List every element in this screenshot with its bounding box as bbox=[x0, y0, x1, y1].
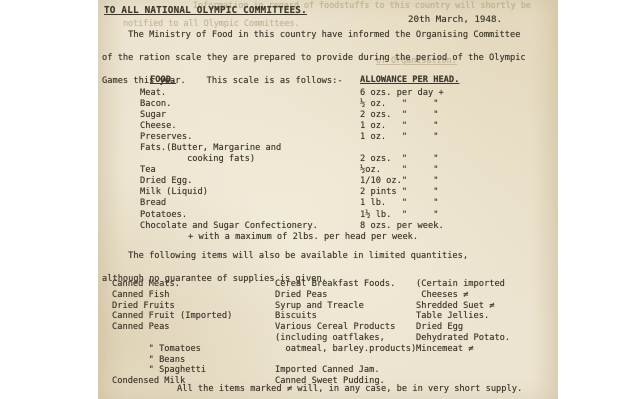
table-row: Tea½oz. " " bbox=[140, 165, 444, 176]
table-row: Sugar2 ozs. " " bbox=[140, 110, 444, 121]
food-cell: Cheese. bbox=[140, 121, 360, 132]
table-row: Bacon.½ oz. " " bbox=[140, 99, 444, 110]
list-item: Table Jellies. bbox=[416, 311, 510, 322]
list-item: oatmeal, barley.products) bbox=[275, 344, 416, 355]
allowance-cell: ½ oz. " " bbox=[360, 99, 438, 110]
food-cell: Sugar bbox=[140, 110, 360, 121]
list-item bbox=[275, 355, 416, 366]
table-row: Milk (Liquid)2 pints " " bbox=[140, 187, 444, 198]
document-page: Information in regard of foodstuffs to t… bbox=[98, 0, 558, 399]
food-cell: Chocolate and Sugar Confectionery. bbox=[140, 221, 360, 232]
table-row: Dried Egg.1/10 oz." " bbox=[140, 176, 444, 187]
table-row: Cheese.1 oz. " " bbox=[140, 121, 444, 132]
list-item: Canned Fruit (Imported) bbox=[112, 311, 232, 322]
list-item: " Beans bbox=[112, 355, 232, 366]
food-cell: Bread bbox=[140, 198, 360, 209]
ration-table: Meat.6 ozs. per day +Bacon.½ oz. " "Suga… bbox=[140, 88, 444, 232]
allowance-cell: 1 lb. " " bbox=[360, 198, 438, 209]
limited-items-column-2: Cereal Breakfast Foods.Dried PeasSyrup a… bbox=[275, 279, 416, 387]
allowance-column-header: ALLOWANCE PER HEAD. bbox=[360, 75, 459, 86]
table-row: Bread1 lb. " " bbox=[140, 198, 444, 209]
allowance-cell: 1 oz. " " bbox=[360, 132, 438, 143]
table-row: Preserves.1 oz. " " bbox=[140, 132, 444, 143]
list-item: Cheeses ≠ bbox=[416, 290, 510, 301]
list-item: Dehydrated Potato. bbox=[416, 333, 510, 344]
table-row: Fats.(Butter, Margarine and bbox=[140, 143, 444, 154]
scan-background: Information in regard of foodstuffs to t… bbox=[0, 0, 640, 399]
list-item: Canned Peas bbox=[112, 322, 232, 333]
list-item: (including oatflakes, bbox=[275, 333, 416, 344]
bleedthrough-text-line: notified to all Olympic Committees. bbox=[123, 18, 299, 29]
allowance-cell: 1 oz. " " bbox=[360, 121, 438, 132]
food-cell: Bacon. bbox=[140, 99, 360, 110]
food-cell: Potatoes. bbox=[140, 210, 360, 221]
table-row: Meat.6 ozs. per day + bbox=[140, 88, 444, 99]
limited-items-column-1: Canned Meats.Canned FishDried FruitsCann… bbox=[112, 279, 232, 387]
intro-line-2: of the ration scale they are prepared to… bbox=[102, 53, 526, 63]
allowance-cell: 2 ozs. " " bbox=[360, 110, 438, 121]
list-item: Various Cereal Products bbox=[275, 322, 416, 333]
list-item: " Spaghetti bbox=[112, 365, 232, 376]
list-item: Canned Fish bbox=[112, 290, 232, 301]
date-line: 20th March, 1948. bbox=[408, 14, 502, 25]
list-item: Dried Peas bbox=[275, 290, 416, 301]
allowance-cell: 8 ozs. per week. bbox=[360, 221, 444, 232]
allowance-cell: 2 ozs. " " bbox=[360, 154, 438, 165]
list-item: Dried Fruits bbox=[112, 301, 232, 312]
table-row: Chocolate and Sugar Confectionery.8 ozs.… bbox=[140, 221, 444, 232]
list-item: Mincemeat ≠ bbox=[416, 344, 510, 355]
food-cell: Dried Egg. bbox=[140, 176, 360, 187]
page-title: TO ALL NATIONAL OLYMPIC COMMITTEES. bbox=[104, 5, 307, 16]
list-item: Imported Canned Jam. bbox=[275, 365, 416, 376]
allowance-cell: 2 pints " " bbox=[360, 187, 438, 198]
food-cell: Fats.(Butter, Margarine and bbox=[140, 143, 360, 154]
table-row: cooking fats)2 ozs. " " bbox=[140, 154, 444, 165]
intro-line-3: Games this year. This scale is as follow… bbox=[102, 76, 343, 86]
allowance-cell: 1½ lb. " " bbox=[360, 210, 438, 221]
allowance-cell: 6 ozs. per day + bbox=[360, 88, 444, 99]
allowance-cell: 1/10 oz." " bbox=[360, 176, 438, 187]
list-item: Cereal Breakfast Foods. bbox=[275, 279, 416, 290]
food-cell: Preserves. bbox=[140, 132, 360, 143]
limited-line-1: The following items will also be availab… bbox=[102, 251, 468, 261]
list-item bbox=[112, 333, 232, 344]
food-cell: cooking fats) bbox=[140, 154, 360, 165]
short-supply-footer: All the items marked ≠ will, in any case… bbox=[177, 384, 522, 395]
allowance-cell: ½oz. " " bbox=[360, 165, 438, 176]
food-cell: Meat. bbox=[140, 88, 360, 99]
list-item: " Tomatoes bbox=[112, 344, 232, 355]
food-column-header: FOOD. bbox=[150, 75, 176, 86]
intro-line-1: The Ministry of Food in this country hav… bbox=[102, 30, 520, 40]
list-item: Syrup and Treacle bbox=[275, 301, 416, 312]
list-item: Dried Egg bbox=[416, 322, 510, 333]
limited-items-column-3: (Certain imported Cheeses ≠Shredded Suet… bbox=[416, 279, 510, 355]
list-item: (Certain imported bbox=[416, 279, 510, 290]
maximum-note: + with a maximum of 2lbs. per head per w… bbox=[188, 232, 418, 243]
food-cell: Tea bbox=[140, 165, 360, 176]
food-cell: Milk (Liquid) bbox=[140, 187, 360, 198]
list-item: Shredded Suet ≠ bbox=[416, 301, 510, 312]
table-row: Potatoes.1½ lb. " " bbox=[140, 210, 444, 221]
list-item: Biscuits bbox=[275, 311, 416, 322]
list-item: Canned Meats. bbox=[112, 279, 232, 290]
